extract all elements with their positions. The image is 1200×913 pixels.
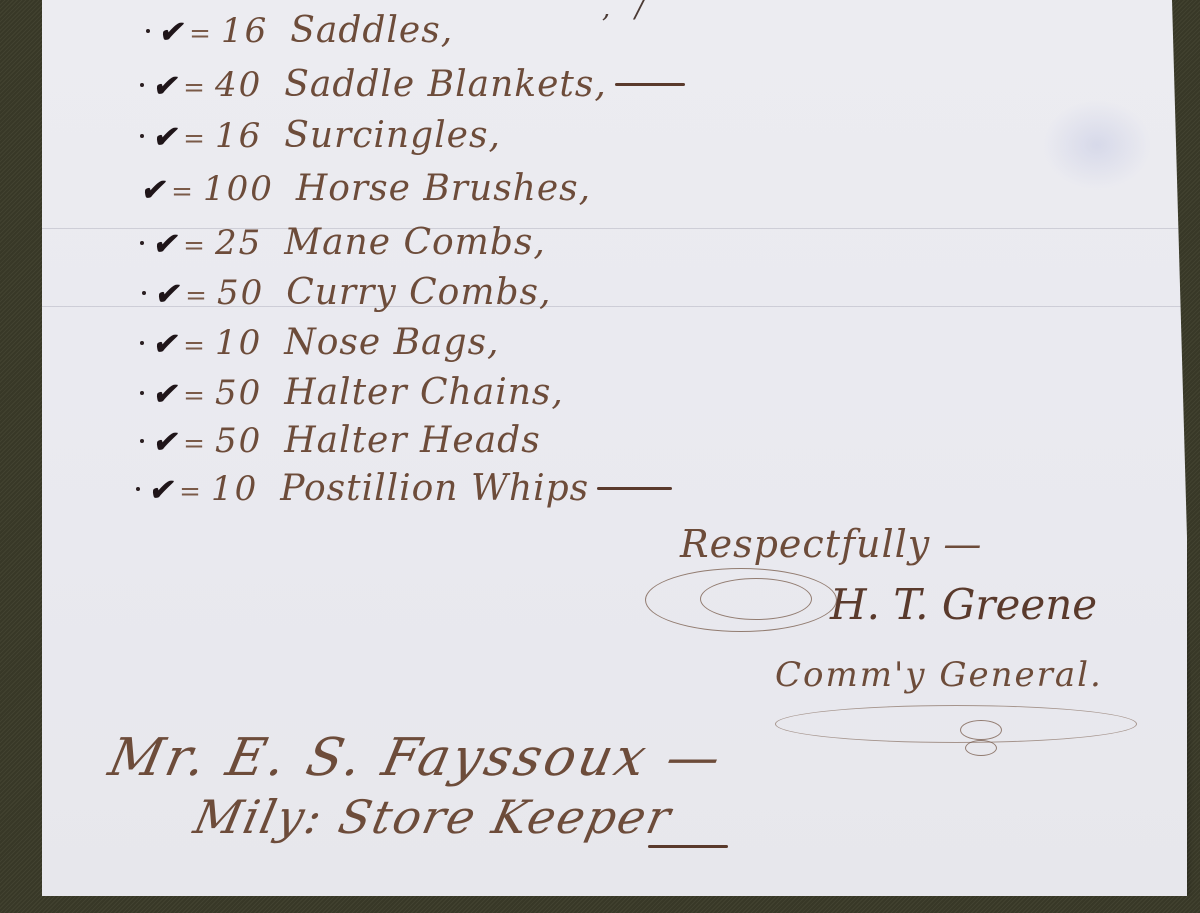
checkmark-icon: ✔ xyxy=(151,377,182,412)
list-item: ✔ = 25 Mane Combs, xyxy=(140,222,546,263)
ink-dash xyxy=(615,83,685,86)
ink-fragment: , / xyxy=(602,0,644,24)
checkmark-icon: ✔ xyxy=(139,173,170,208)
bullet-dot xyxy=(140,83,144,87)
salutation: Respectfully — xyxy=(680,522,982,566)
equals-sign: = xyxy=(183,381,205,411)
equals-sign: = xyxy=(183,124,205,154)
item-quantity: 10 xyxy=(211,469,258,509)
checkmark-icon: ✔ xyxy=(151,69,182,104)
list-item: ✔ = 16 Saddles, xyxy=(146,10,453,51)
list-item: ✔ = 40 Saddle Blankets, xyxy=(140,64,685,105)
item-quantity: 50 xyxy=(215,373,262,413)
item-name: Curry Combs, xyxy=(286,272,551,313)
equals-sign: = xyxy=(171,177,193,207)
checkmark-icon: ✔ xyxy=(151,327,182,362)
item-quantity: 25 xyxy=(215,223,262,263)
item-quantity: 50 xyxy=(215,421,262,461)
item-quantity: 16 xyxy=(215,116,262,156)
ink-dash xyxy=(597,487,672,490)
equals-sign: = xyxy=(189,19,211,49)
item-name: Saddles, xyxy=(290,10,453,51)
equals-sign: = xyxy=(185,281,207,311)
bullet-dot xyxy=(140,241,144,245)
item-name: Horse Brushes, xyxy=(296,168,591,209)
item-name: Halter Heads xyxy=(284,420,540,461)
list-item: ✔ = 16 Surcingles, xyxy=(140,115,501,156)
item-name: Saddle Blankets, xyxy=(284,64,607,105)
bullet-dot xyxy=(140,134,144,138)
item-quantity: 50 xyxy=(217,273,264,313)
signature-flourish xyxy=(700,578,812,620)
item-name: Nose Bags, xyxy=(284,322,499,363)
bullet-dot xyxy=(136,487,140,491)
list-item: ✔ = 100 Horse Brushes, xyxy=(142,168,591,209)
item-name: Surcingles, xyxy=(284,115,501,156)
checkmark-icon: ✔ xyxy=(153,277,184,312)
item-quantity: 16 xyxy=(221,11,268,51)
checkmark-icon: ✔ xyxy=(151,120,182,155)
spiral-flourish xyxy=(965,740,997,756)
equals-sign: = xyxy=(183,429,205,459)
item-quantity: 10 xyxy=(215,323,262,363)
bullet-dot xyxy=(140,341,144,345)
equals-sign: = xyxy=(183,331,205,361)
equals-sign: = xyxy=(179,477,201,507)
spiral-flourish xyxy=(960,720,1002,740)
paper-stain xyxy=(1042,100,1152,190)
item-quantity: 40 xyxy=(215,65,262,105)
ink-dash xyxy=(648,845,728,848)
list-item: ✔ = 10 Nose Bags, xyxy=(140,322,499,363)
checkmark-icon: ✔ xyxy=(151,227,182,262)
bullet-dot xyxy=(146,29,150,33)
bullet-dot xyxy=(142,291,146,295)
checkmark-icon: ✔ xyxy=(151,425,182,460)
equals-sign: = xyxy=(183,73,205,103)
signatory-title: Comm'y General. xyxy=(775,655,1103,695)
item-quantity: 100 xyxy=(203,169,274,209)
bullet-dot xyxy=(140,391,144,395)
addressee-title: Mily: Store Keeper xyxy=(189,790,677,844)
list-item: ✔ = 10 Postillion Whips xyxy=(136,468,672,509)
underline-flourish xyxy=(775,705,1137,743)
item-name: Mane Combs, xyxy=(284,222,546,263)
checkmark-icon: ✔ xyxy=(147,473,178,508)
checkmark-icon: ✔ xyxy=(157,15,188,50)
signature: H. T. Greene xyxy=(830,580,1097,629)
item-name: Postillion Whips xyxy=(280,468,589,509)
list-item: ✔ = 50 Halter Heads xyxy=(140,420,541,461)
addressee-name: Mr. E. S. Fayssoux — xyxy=(104,728,729,788)
bullet-dot xyxy=(140,439,144,443)
list-item: ✔ = 50 Halter Chains, xyxy=(140,372,564,413)
list-item: ✔ = 50 Curry Combs, xyxy=(142,272,551,313)
equals-sign: = xyxy=(183,231,205,261)
item-name: Halter Chains, xyxy=(284,372,564,413)
